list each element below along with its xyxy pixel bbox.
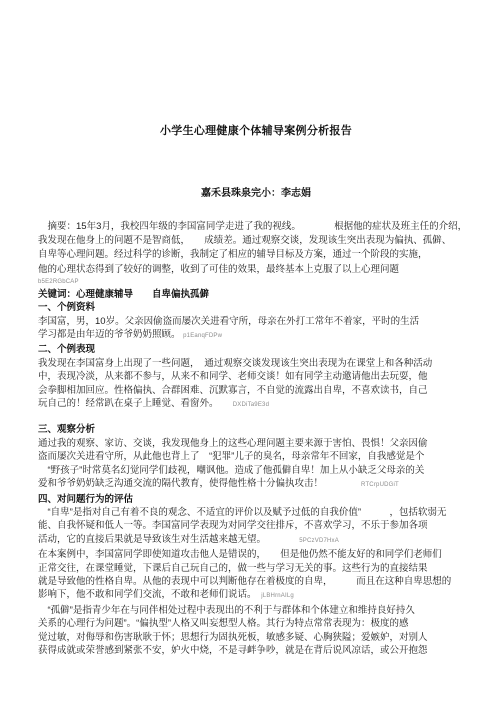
body-text-line: 正常交往，在课堂睡觉，下课后自己玩自己的，做一些与学习无关的事。这些行为的直接结… (38, 562, 474, 575)
author-byline: 嘉禾县珠泉完小：李志娟 (38, 187, 474, 200)
body-text: 爱和爷爷奶奶缺乏沟通交流的隔代教育，使得他性格十分偏执攻击！ (38, 478, 361, 489)
body-text: 玩自己的！经常趴在桌子上睡觉、看窗外。 (38, 398, 233, 409)
abstract-line: 摘要：15年3月，我校四年级的李国富同学走进了我的视线。 根据他的症状及班主任的… (38, 220, 474, 234)
inline-watermark-code: p1EanqFDPw (183, 333, 222, 339)
body-text-line: 关系的心理行为问题”。“偏执型”人格又叫妄想型人格。其行为特点常常表现为：极度的… (38, 617, 474, 630)
body-text: 学习都是由年迈的爷爷奶奶照顾。 (38, 329, 183, 340)
body-text-line: 通过我的观察、家访、交谈，我发现他身上的这些心理问题主要来源于害怕、畏惧！父亲因… (38, 437, 474, 450)
body-text-line: 中，表现冷淡，从来都不参与，从来不和同学、老师交谈！如有同学主动邀请他出去玩耍，… (38, 370, 474, 383)
abstract-paragraph: 摘要：15年3月，我校四年级的李国富同学走进了我的视线。 根据他的症状及班主任的… (38, 220, 474, 288)
body-text-line: 在本案例中，李国富同学即使知道攻击他人是错误的， 但是他仍然不能友好的和同学们老… (38, 548, 474, 561)
body-text-line: “野孩子”时常莫名幻觉同学们歧视，嘲讽他。造成了他孤僻自卑！加上从小缺乏父母亲的… (38, 464, 474, 477)
body-text-line: 觉过敏，对侮辱和伤害耿耿于怀；思想行为固执死板，敏感多疑、心胸狭隘；爱嫉妒，对别… (38, 631, 474, 644)
body-text-line: 我发现在李国富身上出现了一些问题， 通过观察交谈发现该生突出表现为在课堂上和各种… (38, 357, 474, 370)
body-text-line: “孤僻”是指青少年在与同伴相处过程中表现出的不利于与群体和个体建立和维持良好持久 (38, 604, 474, 617)
body-text-line: “自卑”是指对自己有着不良的观念、不适宜的评价以及赋予过低的自我价值” ，包括软… (38, 506, 474, 519)
section-heading-observation-analysis: 三、观察分析 (38, 423, 474, 436)
section-heading-behavior-evaluation: 四、对问题行为的评估 (38, 493, 474, 506)
body-text: 影响下，他不敢和同学们交流，不敢和老师们说话。 (38, 589, 261, 600)
keywords-line: 关键词：心理健康辅导 自卑偏执孤僻 (38, 288, 474, 301)
body-text-line: 盗而屡次关进看守所，从此他也背上了 “犯罪”儿子的臭名，母亲常年不回家，自我感觉… (38, 450, 474, 463)
inline-watermark-code: 5PCzVD7HxA (299, 538, 339, 544)
section-heading-case-performance: 二、个例表现 (38, 343, 474, 356)
body-text-line: 学习都是由年迈的爷爷奶奶照顾。 p1EanqFDPw (38, 328, 474, 343)
body-text-line: 活动，它的直接后果就是导致该生对生活越来越无望。 5PCzVD7HxA (38, 533, 474, 548)
inline-watermark-code: DXDiTa9E3d (233, 402, 269, 408)
body-text-line: 能、自我怀疑和低人一等。李国富同学表现为对同学交往排斥，不喜欢学习，不乐于参加各… (38, 519, 474, 532)
body-text-line: 获得成就或荣誉感到紧张不安，妒火中烧，不是寻衅争吵，就是在背后说风凉话，或公开抱… (38, 644, 474, 657)
inline-watermark-code: jLBHrnAILg (261, 593, 294, 599)
blank-line-spacer (38, 412, 474, 423)
document-page: 小学生心理健康个体辅导案例分析报告 嘉禾县珠泉完小：李志娟 摘要：15年3月，我… (0, 0, 500, 708)
watermark-code: b5E2RGbCAP (38, 277, 474, 288)
document-body: 关键词：心理健康辅导 自卑偏执孤僻 一、个例资料 李国富，男，10岁。父亲因偷盗… (38, 288, 474, 658)
document-title: 小学生心理健康个体辅导案例分析报告 (38, 124, 474, 138)
body-text-line: 李国富，男，10岁。父亲因偷盗而屡次关进看守所，母亲在外打工常年不着家，平时的生… (38, 315, 474, 328)
body-text-line: 爱和爷爷奶奶缺乏沟通交流的隔代教育，使得他性格十分偏执攻击！ RTCrpUDGi… (38, 477, 474, 492)
abstract-line: 我发现在他身上的问题不是智商低， 成绩差。通过观察交谈，发现该生突出表现为偏执、… (38, 234, 474, 248)
inline-watermark-code: RTCrpUDGiT (361, 482, 399, 488)
body-text-line: 影响下，他不敢和同学们交流，不敢和老师们说话。 jLBHrnAILg (38, 588, 474, 603)
body-text-line: 就是导致他的性格自卑。从他的表现中可以判断他存在着极度的自卑， 而且在这种自卑思… (38, 575, 474, 588)
body-text-line: 玩自己的！经常趴在桌子上睡觉、看窗外。 DXDiTa9E3d (38, 397, 474, 412)
body-text-line: 会拳脚相加回应。性格偏执、合群困难、沉默寡言，不自觉的流露出自卑，不喜欢读书，自… (38, 384, 474, 397)
section-heading-case-data: 一、个例资料 (38, 301, 474, 314)
abstract-line: 自卑等心理问题。经过科学的诊断，我制定了相应的辅导目标及方案，通过一个阶段的实施… (38, 248, 474, 262)
abstract-line: 他的心理状态得到了较好的调整，收到了可佳的效果，最终基本上克服了以上心理问题 (38, 263, 474, 277)
body-text: 活动，它的直接后果就是导致该生对生活越来越无望。 (38, 534, 299, 545)
